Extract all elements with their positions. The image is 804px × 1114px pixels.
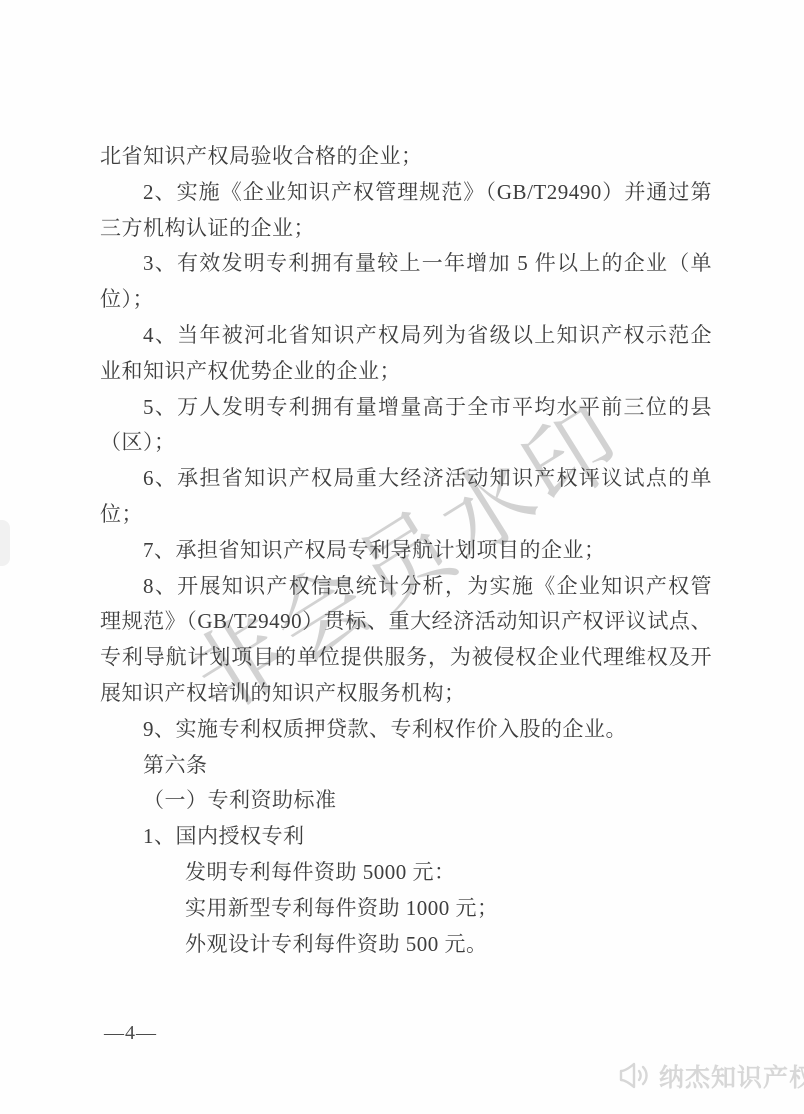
brand-logo: 纳杰知识产权	[617, 1058, 804, 1094]
page-number: —4—	[104, 1021, 157, 1045]
text-line: 理规范》（GB/T29490）贯标、重大经济活动知识产权评议试点、	[100, 604, 712, 640]
text-line: 8、开展知识产权信息统计分析，为实施《企业知识产权管	[100, 569, 712, 605]
text-line: 业和知识产权优势企业的企业；	[100, 354, 712, 390]
scan-artifact	[0, 520, 10, 566]
text-line: 5、万人发明专利拥有量增量高于全市平均水平前三位的县	[100, 390, 712, 426]
document-page: 非会员水印 北省知识产权局验收合格的企业；2、实施《企业知识产权管理规范》（GB…	[0, 0, 804, 1114]
text-line: 专利导航计划项目的单位提供服务，为被侵权企业代理维权及开	[100, 640, 712, 676]
document-body: 北省知识产权局验收合格的企业；2、实施《企业知识产权管理规范》（GB/T2949…	[100, 139, 712, 962]
text-line: 7、承担省知识产权局专利导航计划项目的企业；	[100, 533, 712, 569]
text-line: 1、国内授权专利	[100, 819, 712, 855]
text-line: 北省知识产权局验收合格的企业；	[100, 139, 712, 175]
text-line: 实用新型专利每件资助 1000 元；	[100, 891, 712, 927]
text-line: （一）专利资助标准	[100, 783, 712, 819]
text-line: 展知识产权培训的知识产权服务机构；	[100, 676, 712, 712]
text-line: 发明专利每件资助 5000 元：	[100, 855, 712, 891]
text-line: 6、承担省知识产权局重大经济活动知识产权评议试点的单	[100, 461, 712, 497]
text-line: 第六条	[100, 748, 712, 784]
text-line: 三方机构认证的企业；	[100, 211, 712, 247]
brand-name: 纳杰知识产权	[659, 1058, 804, 1094]
text-line: 3、有效发明专利拥有量较上一年增加 5 件以上的企业（单	[100, 246, 712, 282]
text-line: 外观设计专利每件资助 500 元。	[100, 927, 712, 963]
text-line: 位）；	[100, 282, 712, 318]
text-line: 位；	[100, 497, 712, 533]
text-line: （区）；	[100, 425, 712, 461]
text-line: 2、实施《企业知识产权管理规范》（GB/T29490）并通过第	[100, 175, 712, 211]
text-line: 9、实施专利权质押贷款、专利权作价入股的企业。	[100, 712, 712, 748]
text-line: 4、当年被河北省知识产权局列为省级以上知识产权示范企	[100, 318, 712, 354]
megaphone-icon	[617, 1059, 653, 1093]
